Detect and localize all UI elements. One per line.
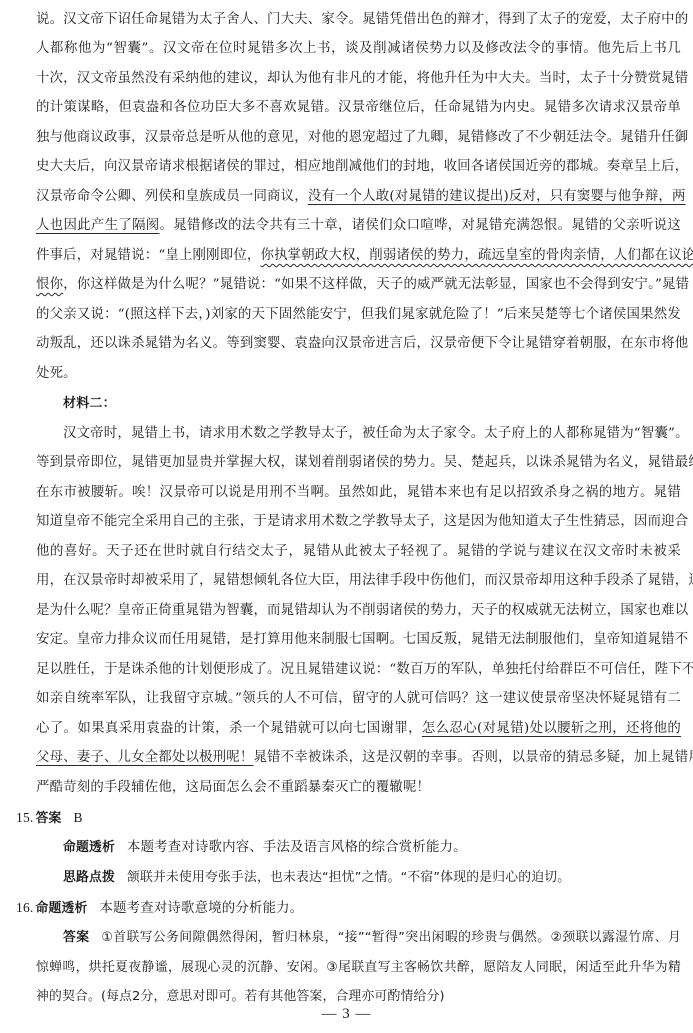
text-line: 等到景帝即位，晁错更加显贵并掌握大权，谋划着削弱诸侯的势力。吴、楚起兵，以诛杀晁… <box>36 452 681 474</box>
text-line: 件事后，对晁错说：“皇上刚刚即位，你执掌朝政大权，削弱诸侯的势力，疏远皇室的骨肉… <box>36 245 681 267</box>
text-line: 用，在汉景帝时却被采用了，晁错想倾轧各位大臣，用法律手段中伤他们，而汉景帝却用这… <box>36 570 681 592</box>
question-number: 16. <box>16 900 33 915</box>
question-number: 15. <box>16 810 33 825</box>
answer-value: B <box>73 810 82 825</box>
text-segment: 心了。如果真采用袁盎的计策，杀一个晁错就可以向七国谢罪， <box>36 721 422 736</box>
hint-text: 颔联并未使用夸张手法，也未表达“担忧”之情。“不宿”体现的是归心的迫切。 <box>127 870 570 885</box>
text-segment: ，你这样做是为什么呢？”晁错说：“如果不这样做，天子的威严就无法彰显，国家也不会… <box>63 277 689 292</box>
text-line: 独与他商议政事，汉景帝总是听从他的意见，对他的恩宠超过了九卿，晁错修改了不少朝廷… <box>36 127 681 149</box>
document-page: 说。汉文帝下诏任命晁错为太子舍人、门大夫、家令。晁错凭借出色的辩才，得到了太子的… <box>0 0 693 1033</box>
underlined-translation-segment: 人也因此产生了隔阂 <box>36 218 160 233</box>
analysis-label: 命题透析 <box>63 840 115 855</box>
page-number: — 3 — <box>0 1006 693 1023</box>
question-16-analysis: 16.命题透析本题考查对诗歌意境的分析能力。 <box>16 897 681 919</box>
text-segment: 晁错不幸被诛杀，这是汉朝的幸事。否则，以景帝的猜忌多疑，加上晁错用 <box>253 750 693 765</box>
text-line: 的计策谋略，但袁盎和各位功臣大多不喜欢晁错。汉景帝继位后，任命晁错为内史。晁错多… <box>36 97 681 119</box>
underlined-translation-segment: 没有一个人敢(对晁错的建议提出)反对，只有窦婴与他争辩，两 <box>308 189 686 204</box>
text-line: 神的契合。(每点2分，意思对即可。若有其他答案，合理亦可酌情给分) <box>36 986 681 1008</box>
text-segment: 汉景帝命令公卿、列侯和皇族成员一同商议， <box>36 189 308 204</box>
text-line: 严酷苛刻的手段辅佐他，这局面怎么会不重蹈暴秦灭亡的覆辙呢！ <box>36 777 681 799</box>
text-line: 说。汉文帝下诏任命晁错为太子舍人、门大夫、家令。晁错凭借出色的辩才，得到了太子的… <box>36 9 681 31</box>
hint-label: 思路点拨 <box>63 870 115 885</box>
text-segment: 件事后，对晁错说：“皇上刚刚即位， <box>36 248 261 263</box>
text-line: 汉景帝命令公卿、列侯和皇族成员一同商议，没有一个人敢(对晁错的建议提出)反对，只… <box>36 186 681 208</box>
text-line: 十次，汉文帝虽然没有采纳他的建议，却认为他有非凡的才能，将他升任为中大夫。当时，… <box>36 68 681 90</box>
text-line: 恨你，你这样做是为什么呢？”晁错说：“如果不这样做，天子的威严就无法彰显，国家也… <box>36 274 681 296</box>
analysis-text: 本题考查对诗歌内容、手法及语言风格的综合赏析能力。 <box>127 840 467 855</box>
text-line: 惊蝉鸣，烘托夏夜静谧，展现心灵的沉静、安闲。③尾联直写主客畅饮共醉，愿陪友人同眠… <box>36 957 681 979</box>
text-line: 处死。 <box>36 363 681 385</box>
text-segment: 。晁错修改的法令共有三十章，诸侯们众口喧哗，对晁错充满怨恨。晁错的父亲听说这 <box>160 218 681 233</box>
text-line: 史大夫后，向汉景帝请求根据诸侯的罪过，相应地削减他们的封地，收回各诸侯国近旁的郡… <box>36 156 681 178</box>
text-line: 动叛乱，还以诛杀晁错为名义。等到窦婴、袁盎向汉景帝进言后，汉景帝便下令让晁错穿着… <box>36 333 681 355</box>
wavy-underlined-segment: 你执掌朝政大权，削弱诸侯的势力，疏远皇室的骨肉亲情，人们都在议论怨 <box>261 248 693 263</box>
question-15-answer: 15.答案B <box>16 807 681 829</box>
text-line: 安定。皇帝力排众议而任用晁错，是打算用他来制服七国啊。七国反叛，晁错无法制服他们… <box>36 629 681 651</box>
text-line: 心了。如果真采用袁盎的计策，杀一个晁错就可以向七国谢罪，怎么忍心(对晁错)处以腰… <box>36 718 681 740</box>
section-heading: 材料二： <box>63 393 693 415</box>
text-line: 他的喜好。天子还在世时就自行结交太子，晁错从此被太子轻视了。晁错的学说与建议在汉… <box>36 541 681 563</box>
analysis-label: 命题透析 <box>35 901 87 916</box>
answer-label: 答案 <box>35 811 61 826</box>
underlined-translation-segment: 怎么忍心(对晁错)处以腰斩之刑，还将他的 <box>422 721 681 736</box>
text-line: 人也因此产生了隔阂。晁错修改的法令共有三十章，诸侯们众口喧哗，对晁错充满怨恨。晁… <box>36 215 681 237</box>
text-line: 父母、妻子、儿女全都处以极刑呢！晁错不幸被诛杀，这是汉朝的幸事。否则，以景帝的猜… <box>36 747 681 769</box>
analysis-text: 本题考查对诗歌意境的分析能力。 <box>99 901 303 916</box>
text-line: 知道皇帝不能完全采用自己的主张，于是请求用术数之学教导太子，这是因为他知道太子生… <box>36 511 681 533</box>
text-line: 人都称他为“智囊”。汉文帝在位时晁错多次上书，谈及削减诸侯势力以及修改法令的事情… <box>36 38 681 60</box>
text-line: 在东市被腰斩。唉！汉景帝可以说是用刑不当啊。虽然如此，晁错本来也有足以招致杀身之… <box>36 482 681 504</box>
question-15-analysis: 命题透析本题考查对诗歌内容、手法及语言风格的综合赏析能力。 <box>63 837 681 859</box>
question-16-answer: 答案①首联写公务间隙偶然得闲，暂归林泉，“接”“暂得”突出闲暇的珍贵与偶然。②颈… <box>63 927 681 949</box>
text-line: 是为什么呢？皇帝正倚重晁错为智囊，而晁错却认为不削弱诸侯的势力，天子的权威就无法… <box>36 600 681 622</box>
wavy-underlined-segment: 恨你 <box>36 277 63 292</box>
text-line: 的父亲又说：“(照这样下去，)刘家的天下固然能安宁，但我们晁家就危险了！”后来吴… <box>36 304 681 326</box>
answer-text: ①首联写公务间隙偶然得闲，暂归林泉，“接”“暂得”突出闲暇的珍贵与偶然。②颈联以… <box>101 930 681 945</box>
underlined-translation-segment: 父母、妻子、儿女全都处以极刑呢！ <box>36 750 253 765</box>
text-line: 汉文帝时，晁错上书，请求用术数之学教导太子，被任命为太子家令。太子府上的人都称晁… <box>63 423 681 445</box>
answer-label: 答案 <box>63 930 89 945</box>
text-line: 足以胜任，于是诛杀他的计划便形成了。况且晁错建议说：“数百万的军队，单独托付给群… <box>36 659 681 681</box>
text-line: 如亲自统率军队，让我留守京城。”领兵的人不可信，留守的人就可信吗？这一建议使景帝… <box>36 688 681 710</box>
question-15-hint: 思路点拨颔联并未使用夸张手法，也未表达“担忧”之情。“不宿”体现的是归心的迫切。 <box>63 867 681 889</box>
